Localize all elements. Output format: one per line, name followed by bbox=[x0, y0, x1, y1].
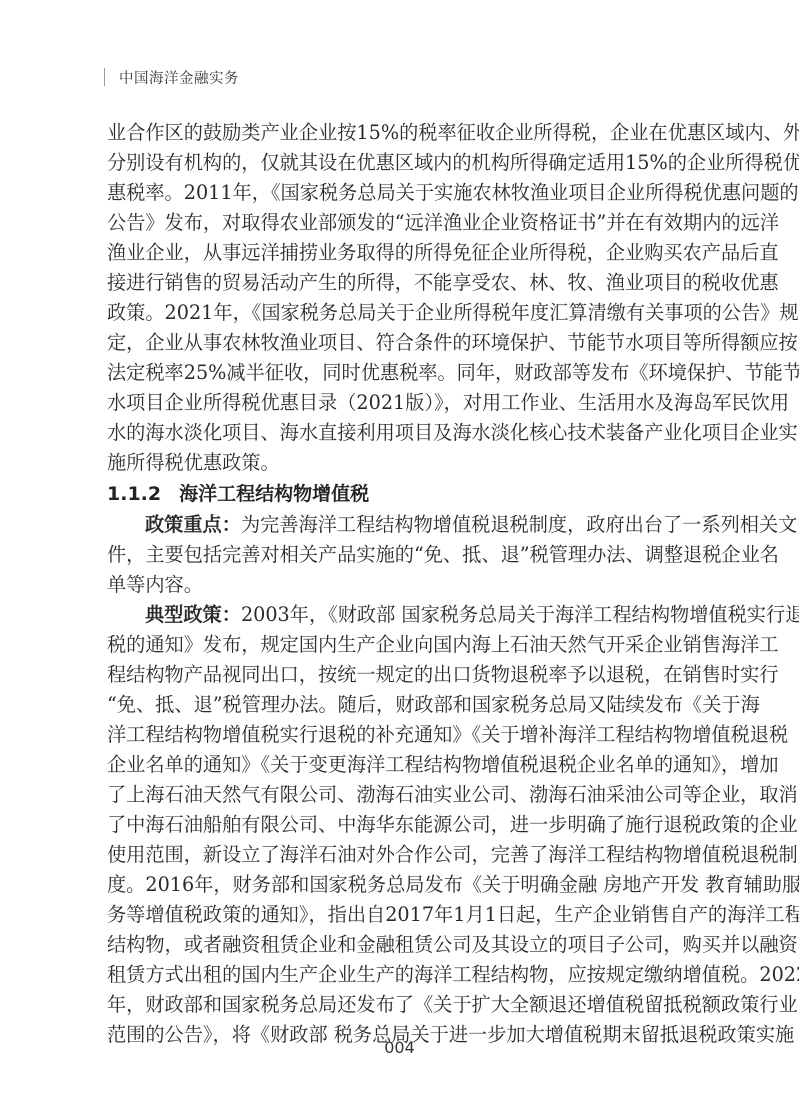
text-line: 分别设有机构的，仅就其设在优惠区域内的机构所得确定适用15%的企业所得税优 bbox=[107, 148, 695, 178]
section-heading: 1.1.2海洋工程结构物增值税 bbox=[107, 478, 695, 510]
text-line: 件，主要包括完善对相关产品实施的“免、抵、退”税管理办法、调整退税企业名 bbox=[107, 540, 695, 570]
text-line: 租赁方式出租的国内生产企业生产的海洋工程结构物，应按规定缴纳增值税。2022 bbox=[107, 960, 695, 990]
text-line: “免、抵、退”税管理办法。随后，财政部和国家税务总局又陆续发布《关于海 bbox=[107, 690, 695, 720]
text-line: 政策。2021年，《国家税务总局关于企业所得税年度汇算清缴有关事项的公告》规 bbox=[107, 298, 695, 328]
text-span: 为完善海洋工程结构物增值税退税制度，政府出台了一系列相关文 bbox=[241, 513, 797, 536]
page-number: 004 bbox=[0, 1038, 799, 1057]
paragraph-policy-focus: 政策重点：为完善海洋工程结构物增值税退税制度，政府出台了一系列相关文 件，主要包… bbox=[107, 510, 695, 600]
section-number: 1.1.2 bbox=[107, 483, 161, 505]
text-line: 接进行销售的贸易活动产生的所得，不能享受农、林、牧、渔业项目的税收优惠 bbox=[107, 268, 695, 298]
paragraph-income-tax: 业合作区的鼓励类产业企业按15%的税率征收企业所得税，企业在优惠区域内、外 分别… bbox=[107, 118, 695, 478]
text-line: 年，财政部和国家税务总局还发布了《关于扩大全额退还增值税留抵税额政策行业 bbox=[107, 990, 695, 1020]
text-line: 了中海石油船舶有限公司、中海华东能源公司，进一步明确了施行退税政策的企业 bbox=[107, 810, 695, 840]
text-line: 税的通知》发布，规定国内生产企业向国内海上石油天然气开采企业销售海洋工 bbox=[107, 630, 695, 660]
text-line: 法定税率25%减半征收，同时优惠税率。同年，财政部等发布《环境保护、节能节 bbox=[107, 358, 695, 388]
text-line: 典型政策：2003年，《财政部 国家税务总局关于海洋工程结构物增值税实行退 bbox=[107, 600, 695, 630]
typical-policy-label: 典型政策： bbox=[145, 603, 241, 626]
section-title: 海洋工程结构物增值税 bbox=[179, 483, 369, 505]
text-line: 了上海石油天然气有限公司、渤海石油实业公司、渤海石油采油公司等企业，取消 bbox=[107, 780, 695, 810]
text-line: 企业名单的通知》《关于变更海洋工程结构物增值税退税企业名单的通知》，增加 bbox=[107, 750, 695, 780]
page-body: 业合作区的鼓励类产业企业按15%的税率征收企业所得税，企业在优惠区域内、外 分别… bbox=[107, 118, 695, 1050]
text-line: 施所得税优惠政策。 bbox=[107, 448, 695, 478]
text-line: 程结构物产品视同出口，按统一规定的出口货物退税率予以退税，在销售时实行 bbox=[107, 660, 695, 690]
book-title: 中国海洋金融实务 bbox=[119, 67, 239, 88]
running-head: 中国海洋金融实务 bbox=[104, 66, 239, 88]
text-line: 惠税率。2011年，《国家税务总局关于实施农林牧渔业项目企业所得税优惠问题的 bbox=[107, 178, 695, 208]
text-line: 度。2016年，财务部和国家税务总局发布《关于明确金融 房地产开发 教育辅助服 bbox=[107, 870, 695, 900]
text-span: 2003年，《财政部 国家税务总局关于海洋工程结构物增值税实行退 bbox=[241, 603, 799, 626]
text-line: 政策重点：为完善海洋工程结构物增值税退税制度，政府出台了一系列相关文 bbox=[107, 510, 695, 540]
text-line: 单等内容。 bbox=[107, 570, 695, 600]
text-line: 公告》发布，对取得农业部颁发的“远洋渔业企业资格证书”并在有效期内的远洋 bbox=[107, 208, 695, 238]
text-line: 水项目企业所得税优惠目录（2021版）》，对用工作业、生活用水及海岛军民饮用 bbox=[107, 388, 695, 418]
text-line: 务等增值税政策的通知》，指出自2017年1月1日起，生产企业销售自产的海洋工程 bbox=[107, 900, 695, 930]
text-line: 结构物，或者融资租赁企业和金融租赁公司及其设立的项目子公司，购买并以融资 bbox=[107, 930, 695, 960]
text-line: 水的海水淡化项目、海水直接利用项目及海水淡化核心技术装备产业化项目企业实 bbox=[107, 418, 695, 448]
policy-focus-label: 政策重点： bbox=[145, 513, 241, 536]
running-head-divider bbox=[104, 68, 105, 86]
text-line: 定，企业从事农林牧渔业项目、符合条件的环境保护、节能节水项目等所得额应按 bbox=[107, 328, 695, 358]
paragraph-typical-policy: 典型政策：2003年，《财政部 国家税务总局关于海洋工程结构物增值税实行退 税的… bbox=[107, 600, 695, 1050]
text-line: 洋工程结构物增值税实行退税的补充通知》《关于增补海洋工程结构物增值税退税 bbox=[107, 720, 695, 750]
text-line: 使用范围，新设立了海洋石油对外合作公司，完善了海洋工程结构物增值税退税制 bbox=[107, 840, 695, 870]
text-line: 业合作区的鼓励类产业企业按15%的税率征收企业所得税，企业在优惠区域内、外 bbox=[107, 118, 695, 148]
text-line: 渔业企业，从事远洋捕捞业务取得的所得免征企业所得税，企业购买农产品后直 bbox=[107, 238, 695, 268]
